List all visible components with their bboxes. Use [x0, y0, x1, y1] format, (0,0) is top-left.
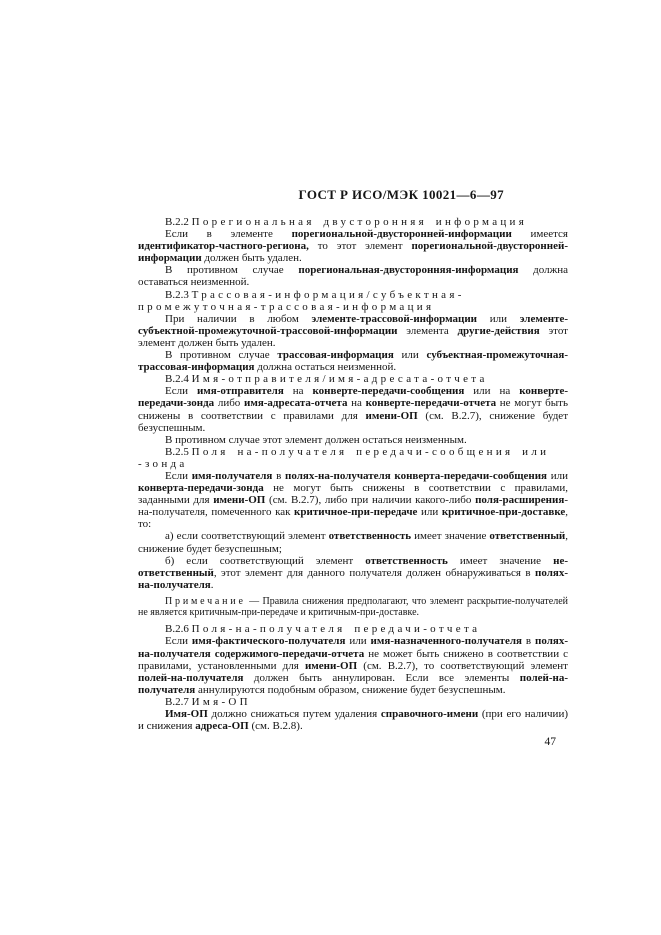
text-run: ответственность — [329, 530, 412, 542]
text-run: В.2.2 — [165, 216, 192, 228]
text-run: ответственный — [489, 530, 565, 542]
text-run: имеется — [512, 228, 568, 240]
text-run: Если — [165, 385, 197, 397]
text-run: или — [477, 313, 520, 325]
text-run: а) если соответствующий элемент — [165, 530, 329, 542]
text-run: (см. В.2.7), либо при наличии какого-либ… — [265, 494, 475, 506]
text-run: должен быть удален. — [202, 252, 302, 264]
text-run: Имя-ОП — [192, 696, 251, 708]
text-run: конверте-передачи-отчета — [366, 397, 497, 409]
text-run: имени-ОП — [213, 494, 265, 506]
paragraph: Если в элементе порегиональной-двусторон… — [138, 228, 568, 264]
text-run: элемента — [398, 325, 458, 337]
text-run: В.2.4 — [165, 373, 192, 385]
section-heading: В.2.5 Поля на-получателя передачи-сообще… — [138, 446, 568, 470]
text-run: адреса-ОП — [195, 720, 249, 732]
text-run: в — [272, 470, 285, 482]
text-run: имеет значение — [411, 530, 489, 542]
text-run: Если — [165, 470, 192, 482]
text-run: критичное-при-доставке — [442, 506, 565, 518]
text-run: порегиональная-двусторонняя-информация — [298, 264, 518, 276]
text-run: критичное-при-передаче — [294, 506, 417, 518]
text-run: Примечание — [165, 596, 246, 607]
paragraph: При наличии в любом элементе-трассовой-и… — [138, 313, 568, 349]
paragraph: Имя-ОП должно снижаться путем удаления с… — [138, 708, 568, 732]
running-header: ГОСТ Р ИСО/МЭК 10021—6—97 — [138, 187, 504, 203]
text-run: Если — [165, 635, 192, 647]
paragraph: В противном случае этот элемент должен о… — [138, 434, 568, 446]
paragraph: Если имя-фактического-получателя или имя… — [138, 635, 568, 695]
text-run: или на — [464, 385, 519, 397]
text-run: В противном случае — [165, 349, 277, 361]
paragraph: В противном случае порегиональная-двусто… — [138, 264, 568, 288]
text-run: , этот элемент для данного получателя до… — [214, 567, 535, 579]
text-run: имени-ОП — [366, 410, 418, 422]
text-run: ответственность — [365, 555, 448, 567]
text-run: (см. В.2.8). — [249, 720, 303, 732]
text-run: или — [417, 506, 441, 518]
text-run: на — [284, 385, 313, 397]
text-run: Поля-на-получателя передачи-отчета — [192, 623, 481, 635]
text-run: или — [345, 635, 370, 647]
section-heading: В.2.4 Имя-отправителя/имя-адресата-отчет… — [138, 373, 568, 385]
text-run: конверта-передачи-зонда — [138, 482, 264, 494]
text-run: на — [347, 397, 365, 409]
note-paragraph: Примечание — Правила снижения предполага… — [138, 596, 568, 618]
text-run: имя-отправителя — [197, 385, 284, 397]
paragraph: Если имя-отправителя на конверте-передач… — [138, 385, 568, 433]
paragraph: В противном случае трассовая-информация … — [138, 349, 568, 373]
section-heading: В.2.7 Имя-ОП — [138, 696, 568, 708]
paragraph: а) если соответствующий элемент ответств… — [138, 530, 568, 554]
section-heading: В.2.2 Порегиональная двусторонняя информ… — [138, 216, 568, 228]
text-run: порегиональной-двусторонней-информации — [292, 228, 512, 240]
text-run: аннулируются подобным образом, снижение … — [195, 684, 505, 696]
paragraph: б) если соответствующий элемент ответств… — [138, 555, 568, 591]
text-run: должно снижаться путем удаления — [208, 708, 381, 720]
text-run: (см. В.2.7), то соответствующий элемент — [357, 660, 568, 672]
text-run: Порегиональная двусторонняя информация — [192, 216, 528, 228]
text-run: В противном случае этот элемент должен о… — [165, 434, 467, 446]
section-heading: В.2.6 Поля-на-получателя передачи-отчета — [138, 623, 568, 635]
text-run: имя-получателя — [192, 470, 273, 482]
text-run: полях-на-получателя конверта-передачи-со… — [285, 470, 547, 482]
text-run: конверте-передачи-сообщения — [312, 385, 464, 397]
text-run: В.2.3 — [165, 289, 192, 301]
text-run: идентификатор-частного-региона, — [138, 240, 309, 252]
text-run: В противном случае — [165, 264, 298, 276]
text-run: то этот элемент — [309, 240, 412, 252]
text-run: или — [547, 470, 568, 482]
text-run: . — [211, 579, 214, 591]
text-run: должен быть аннулирован. Если все элемен… — [243, 672, 519, 684]
text-run: Если в элементе — [165, 228, 292, 240]
text-run: При наличии в любом — [165, 313, 312, 325]
text-run: В.2.7 — [165, 696, 192, 708]
text-run: полей-на-получателя — [138, 672, 243, 684]
text-run: элементе-трассовой-информации — [312, 313, 477, 325]
text-run: имя-назначенного-получателя — [371, 635, 522, 647]
document-page: ГОСТ Р ИСО/МЭК 10021—6—97 В.2.2 Порегион… — [0, 0, 661, 935]
text-run: имени-ОП — [305, 660, 357, 672]
text-run: или — [394, 349, 427, 361]
section-heading: В.2.3 Трассовая-информация/субъектная-пр… — [138, 289, 568, 313]
text-run: либо — [214, 397, 244, 409]
page-number: 47 — [138, 736, 556, 748]
text-run: В.2.5 — [165, 446, 192, 458]
text-run: должна остаться неизменной. — [254, 361, 396, 373]
text-run: справочного-имени — [381, 708, 478, 720]
text-run: другие-действия — [457, 325, 539, 337]
text-run: имя-фактического-получателя — [192, 635, 346, 647]
paragraph: Если имя-получателя в полях-на-получател… — [138, 470, 568, 530]
text-run: трассовая-информация — [277, 349, 393, 361]
text-run: В.2.6 — [165, 623, 192, 635]
document-body: В.2.2 Порегиональная двусторонняя информ… — [138, 216, 568, 732]
text-run: б) если соответствующий элемент — [165, 555, 365, 567]
text-run: поля-расширения — [475, 494, 564, 506]
text-run: имя-адресата-отчета — [244, 397, 347, 409]
text-run: Имя-отправителя/имя-адресата-отчета — [192, 373, 488, 385]
text-run: Имя-ОП — [165, 708, 208, 720]
text-run: Поля на-получателя передачи-сообщения ил… — [138, 446, 549, 470]
text-run: в — [522, 635, 535, 647]
text-run: имеет значение — [448, 555, 553, 567]
